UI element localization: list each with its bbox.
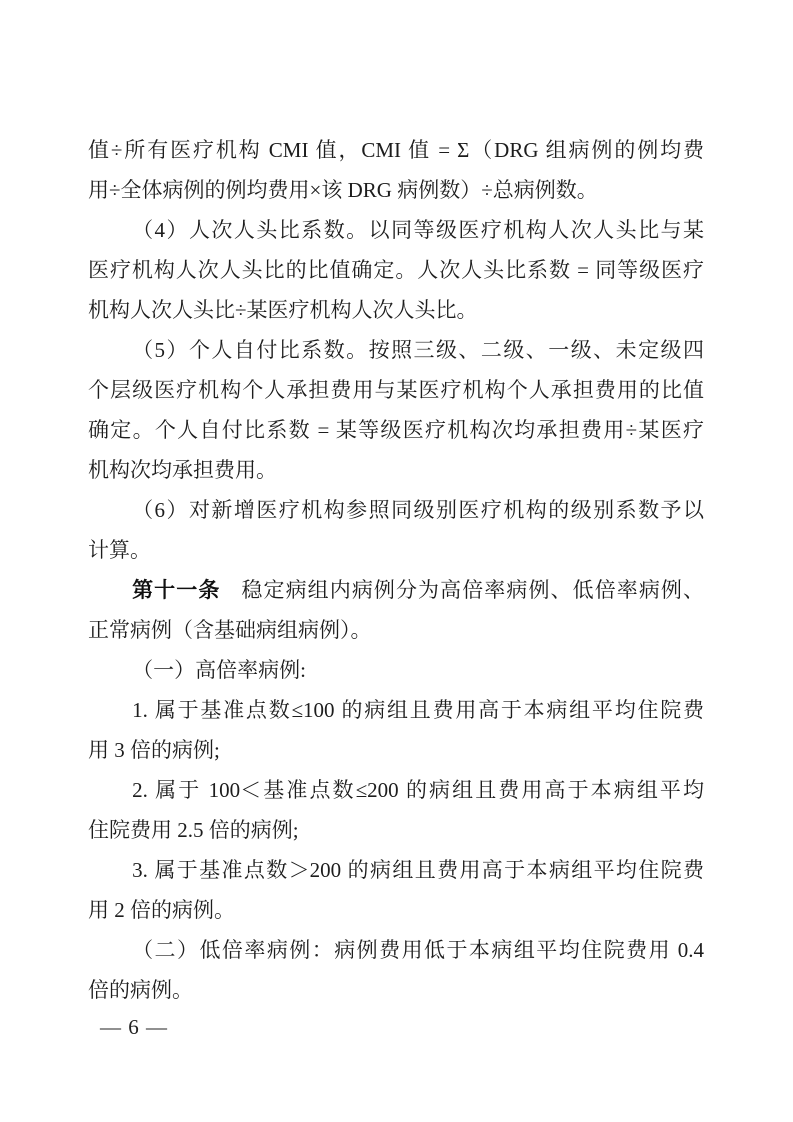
article-text: 稳定病组内病例分为高倍率病例、低倍率病例、 <box>241 578 704 602</box>
text-line: （5）个人自付比系数。按照三级、二级、一级、未定级四 <box>88 330 704 370</box>
text-line: 机构次均承担费用。 <box>88 450 704 490</box>
text-line: 医疗机构人次人头比的比值确定。人次人头比系数 = 同等级医疗 <box>88 250 704 290</box>
text-line: 2. 属于 100＜基准点数≤200 的病组且费用高于本病组平均 <box>88 770 704 810</box>
text-line: （6）对新增医疗机构参照同级别医疗机构的级别系数予以 <box>88 490 704 530</box>
article-number: 第十一条 <box>132 578 220 602</box>
text-line: （4）人次人头比系数。以同等级医疗机构人次人头比与某 <box>88 210 704 250</box>
page-number: — 6 — <box>100 1012 168 1042</box>
text-line: 个层级医疗机构个人承担费用与某医疗机构个人承担费用的比值 <box>88 370 704 410</box>
text-line: 用 3 倍的病例; <box>88 730 704 770</box>
article-11-line: 第十一条稳定病组内病例分为高倍率病例、低倍率病例、 <box>88 570 704 610</box>
text-line: 用÷全体病例的例均费用×该 DRG 病例数）÷总病例数。 <box>88 170 704 210</box>
page-background: 值÷所有医疗机构 CMI 值，CMI 值 = Σ（DRG 组病例的例均费 用÷全… <box>0 0 793 1122</box>
text-line: 1. 属于基准点数≤100 的病组且费用高于本病组平均住院费 <box>88 690 704 730</box>
text-line: 正常病例（含基础病组病例）。 <box>88 610 704 650</box>
text-line: （一）高倍率病例: <box>88 650 704 690</box>
text-line: 住院费用 2.5 倍的病例; <box>88 810 704 850</box>
text-line: 机构人次人头比÷某医疗机构人次人头比。 <box>88 290 704 330</box>
text-line: 用 2 倍的病例。 <box>88 890 704 930</box>
text-line: 值÷所有医疗机构 CMI 值，CMI 值 = Σ（DRG 组病例的例均费 <box>88 130 704 170</box>
text-line: 计算。 <box>88 530 704 570</box>
text-line: 3. 属于基准点数＞200 的病组且费用高于本病组平均住院费 <box>88 850 704 890</box>
text-line: 倍的病例。 <box>88 970 704 1010</box>
document-body: 值÷所有医疗机构 CMI 值，CMI 值 = Σ（DRG 组病例的例均费 用÷全… <box>88 130 704 1010</box>
document-page: { "page": { "background": "#ffffff", "te… <box>0 0 793 1122</box>
text-line: 确定。个人自付比系数 = 某等级医疗机构次均承担费用÷某医疗 <box>88 410 704 450</box>
text-line: （二）低倍率病例：病例费用低于本病组平均住院费用 0.4 <box>88 930 704 970</box>
